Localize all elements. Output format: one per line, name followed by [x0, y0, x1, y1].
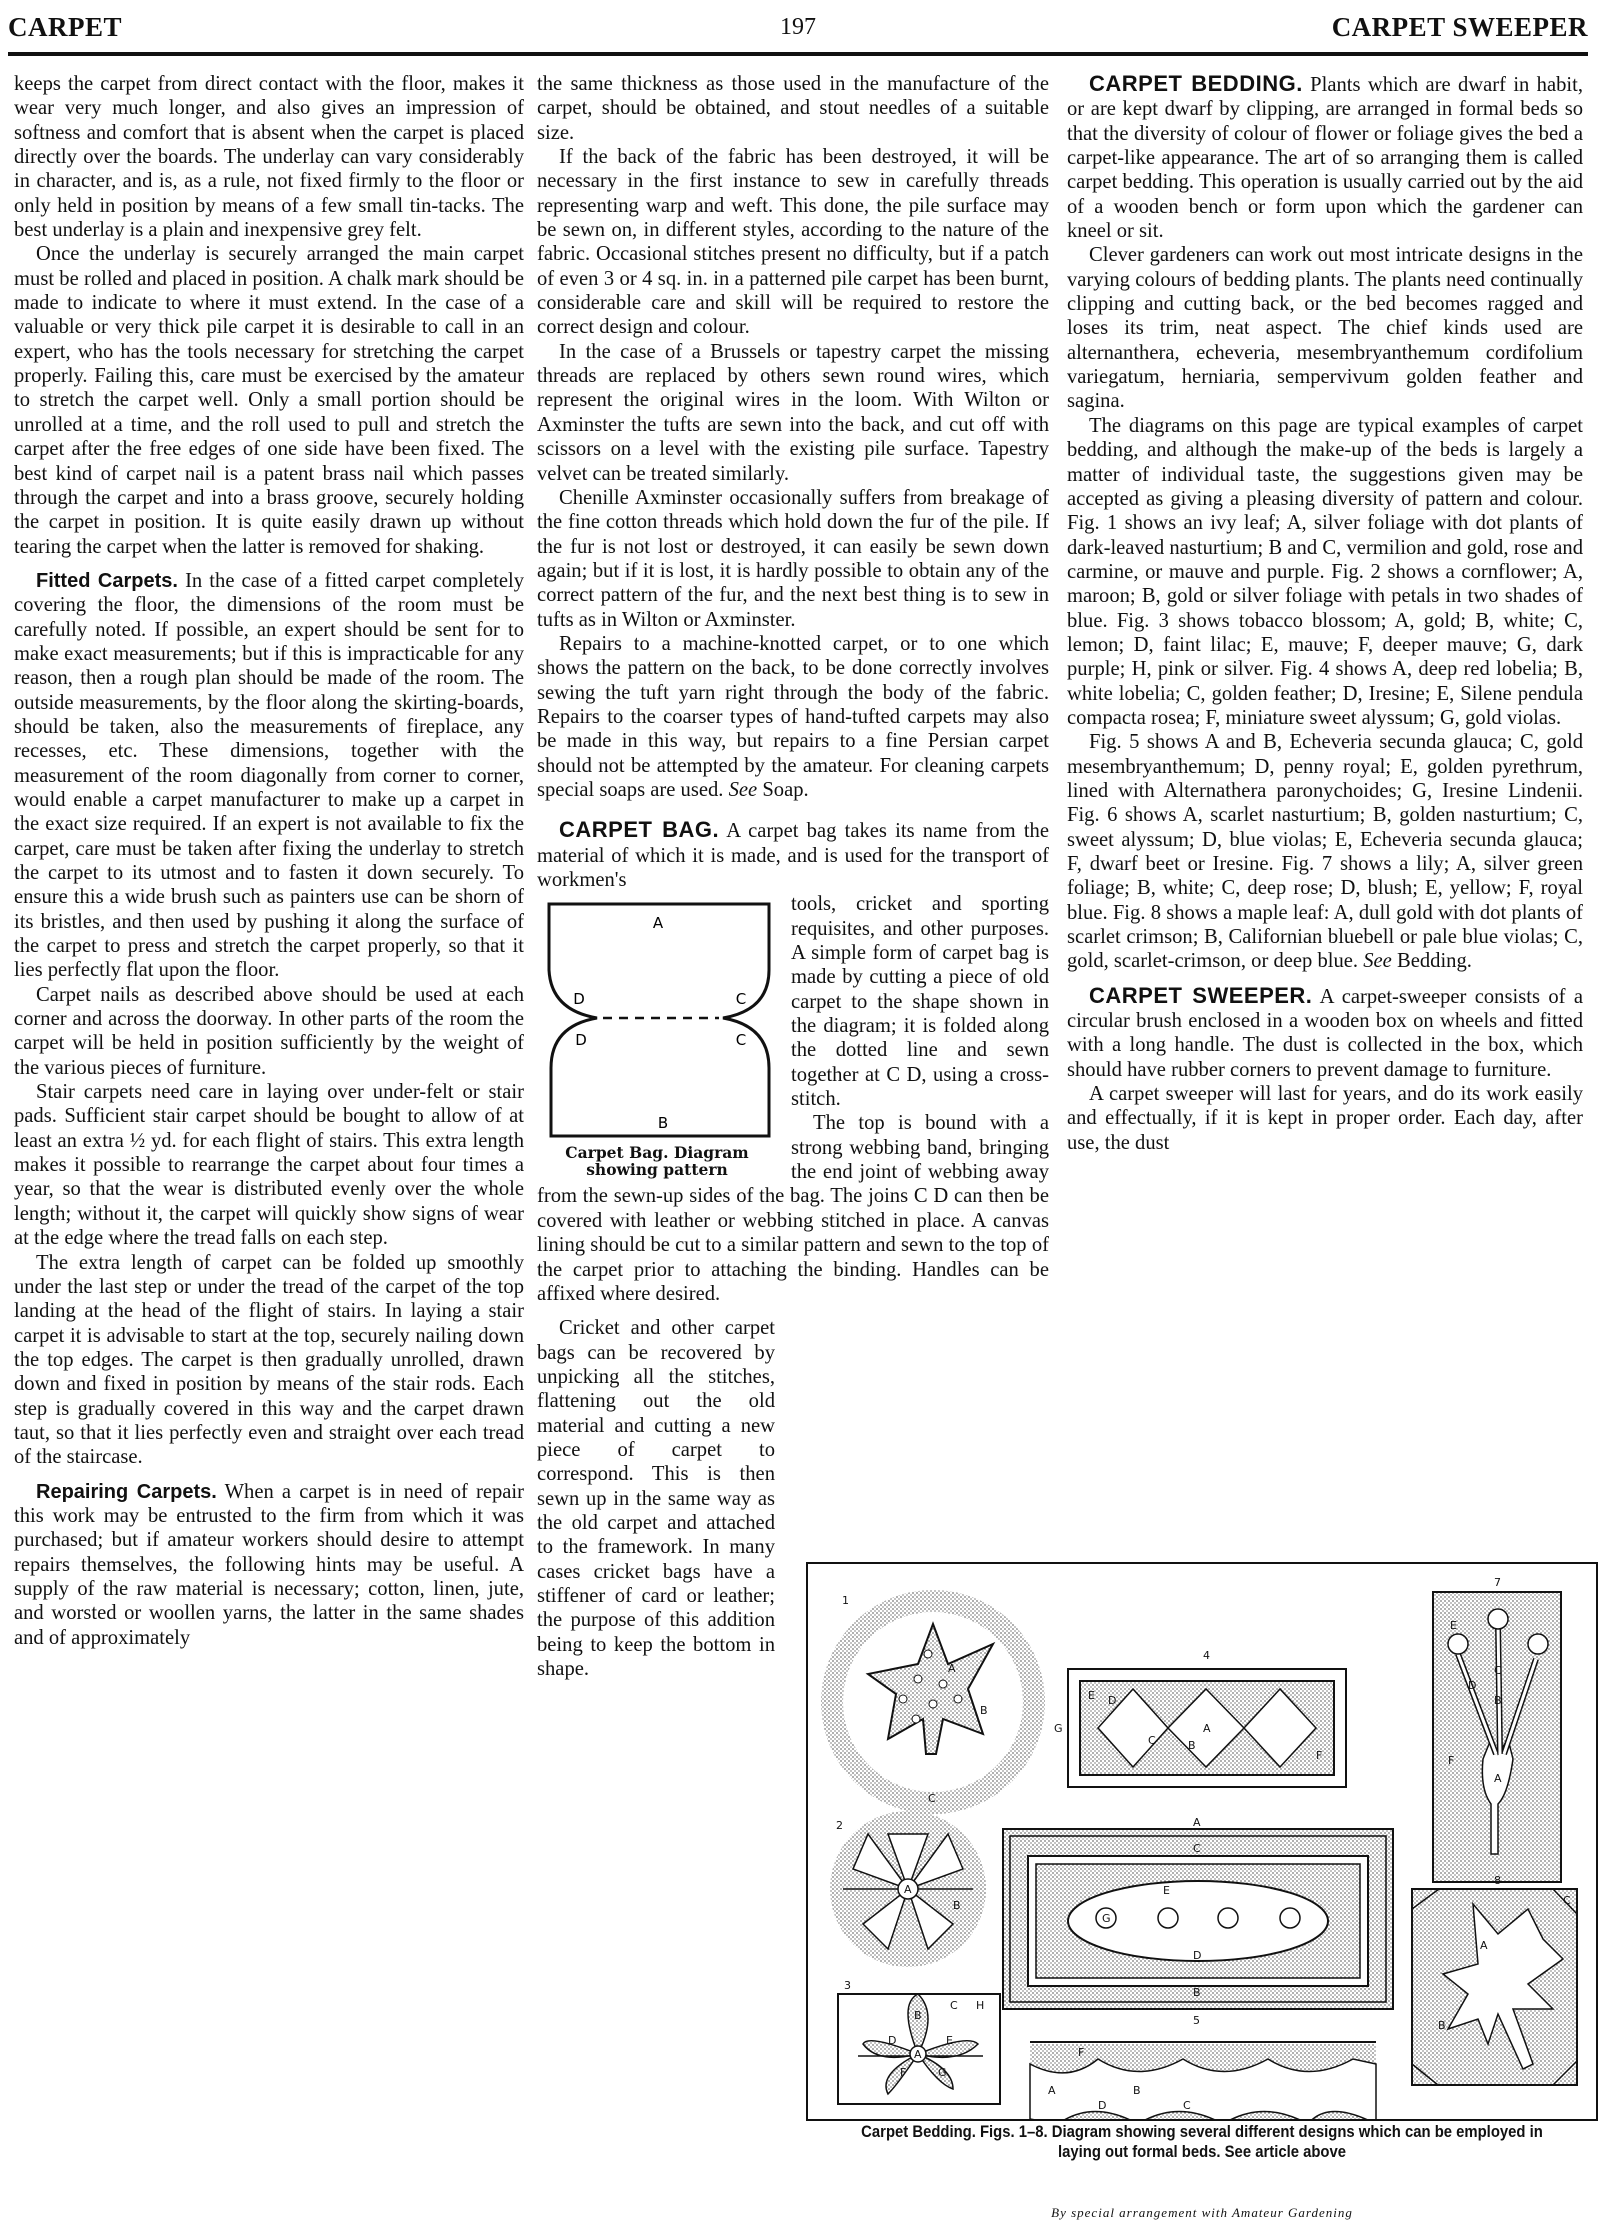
paragraph: The diagrams on this page are typical ex… — [1067, 414, 1583, 730]
label-c-upper: C — [736, 990, 746, 1008]
paragraph: Fig. 5 shows A and B, Echeveria secunda … — [1067, 730, 1583, 973]
fig-4-lobelia-border: 4 A B C D E F G — [1054, 1649, 1346, 1787]
fig-label: C — [928, 1792, 936, 1805]
label-b: B — [658, 1114, 668, 1132]
subheading-repairing-carpets: Repairing Carpets. — [36, 1481, 217, 1503]
column-1: keeps the carpet from direct contact wit… — [14, 72, 524, 1650]
fig-number: 8 — [1494, 1874, 1501, 1887]
fig-number: 7 — [1494, 1576, 1501, 1589]
fig-label: A — [1480, 1939, 1488, 1952]
paragraph: Cricket and other carpet bags can be rec… — [537, 1316, 775, 1681]
fig-label: F — [1316, 1749, 1322, 1762]
fig-label: C — [1183, 2099, 1191, 2112]
entry-carpet-sweeper: CARPET SWEEPER. A carpet-sweeper consist… — [1067, 984, 1583, 1082]
fig-label: C — [1494, 1664, 1502, 1677]
fig-label: F — [1448, 1754, 1454, 1767]
fig-label: B — [1133, 2084, 1141, 2097]
fig-label: C — [1193, 1842, 1201, 1855]
fig-number: 4 — [1203, 1649, 1210, 1662]
fig-label: A — [904, 1883, 912, 1896]
fig-label: A — [1193, 1816, 1201, 1829]
fig-label: A — [1494, 1772, 1502, 1785]
figure-credit: By special arrangement with Amateur Gard… — [806, 2205, 1598, 2221]
fig-label: B — [953, 1899, 961, 1912]
paragraph-text: Repairs to a machine-knotted carpet, or … — [537, 633, 1049, 801]
fig-label: G — [938, 2066, 947, 2079]
fig-label: B — [980, 1704, 988, 1717]
fig-label: E — [1450, 1619, 1457, 1632]
fig-label: G — [1102, 1912, 1111, 1925]
paragraph: If the back of the fabric has been destr… — [537, 145, 1049, 340]
running-head-right: CARPET SWEEPER — [1332, 12, 1588, 43]
header-rule — [8, 52, 1588, 56]
paragraph-text: When a carpet is in need of repair this … — [14, 1481, 524, 1649]
label-a: A — [653, 914, 664, 932]
fig-number: 2 — [836, 1819, 843, 1832]
fig-label: B — [1188, 1739, 1196, 1752]
entry-carpet-bedding: CARPET BEDDING. Plants which are dwarf i… — [1067, 72, 1583, 243]
fig-label: A — [1048, 2084, 1056, 2097]
fig-label: B — [1193, 1986, 1201, 1999]
fig-label: G — [1054, 1722, 1063, 1735]
fig-5-chain-bed: A B C D E G 5 — [1003, 1816, 1393, 2027]
paragraph: keeps the carpet from direct contact wit… — [14, 72, 524, 242]
paragraph: Clever gardeners can work out most intri… — [1067, 243, 1583, 413]
fig-8-maple-leaf: 8 A B C — [1412, 1874, 1577, 2085]
paragraph: A carpet sweeper will last for years, an… — [1067, 1082, 1583, 1155]
fig-2-cornflower: 2 A B — [830, 1811, 986, 1967]
label-c-lower: C — [736, 1031, 746, 1049]
see-also-label: See — [729, 779, 758, 801]
fig-label: F — [1078, 2046, 1084, 2059]
fig-label: E — [1088, 1689, 1095, 1702]
fig-label: B — [1438, 2019, 1446, 2032]
fig-label: A — [914, 2048, 922, 2061]
carpet-bag-caption: Carpet Bag. Diagram showing pattern — [537, 1144, 777, 1178]
fig-label: D — [888, 2034, 896, 2047]
paragraph: Repairs to a machine-knotted carpet, or … — [537, 632, 1049, 802]
fig-1-ivy-leaf: 1 A B C — [821, 1590, 1045, 1814]
carpet-bedding-figure: 1 A B C 2 A B 3 A — [806, 1562, 1598, 2121]
label-d-upper: D — [573, 990, 585, 1008]
fig-label: B — [914, 2009, 922, 2022]
cross-reference-link[interactable]: Bedding. — [1397, 950, 1472, 972]
fig-label: H — [976, 1999, 984, 2012]
fig-label: E — [946, 2034, 953, 2047]
paragraph: The extra length of carpet can be folded… — [14, 1251, 524, 1470]
cross-reference-link[interactable]: Soap. — [762, 779, 808, 801]
carpet-bedding-designs-icon: 1 A B C 2 A B 3 A — [808, 1564, 1596, 2119]
fig-label: A — [948, 1662, 956, 1675]
carpet-bag-pattern-icon: A D C D C B — [543, 900, 771, 1140]
see-also-label: See — [1363, 950, 1392, 972]
narrow-text-block: Cricket and other carpet bags can be rec… — [537, 1316, 775, 1681]
paragraph: Once the underlay is securely arranged t… — [14, 242, 524, 558]
entry-heading-carpet-bedding: CARPET BEDDING. — [1089, 71, 1303, 96]
fig-number: 5 — [1193, 2014, 1200, 2027]
fig-number: 1 — [842, 1594, 849, 1607]
fig-label: F — [900, 2066, 906, 2079]
column-2: the same thickness as those used in the … — [537, 72, 1049, 1681]
column-3: CARPET BEDDING. Plants which are dwarf i… — [1067, 72, 1583, 1155]
fig-label: C — [1148, 1734, 1156, 1747]
fig-label: E — [1163, 1884, 1170, 1897]
paragraph: In the case of a Brussels or tapestry ca… — [537, 340, 1049, 486]
page-header: CARPET 197 CARPET SWEEPER — [8, 8, 1588, 48]
fig-label: A — [1203, 1722, 1211, 1735]
entry-carpet-bag: CARPET BAG. A carpet bag takes its name … — [537, 818, 1049, 892]
label-d-lower: D — [575, 1031, 587, 1049]
carpet-bedding-caption: Carpet Bedding. Figs. 1–8. Diagram showi… — [846, 2122, 1559, 2162]
fig-label: C — [950, 1999, 958, 2012]
entry-heading-carpet-bag: CARPET BAG. — [559, 817, 719, 842]
fig-label: D — [1108, 1694, 1116, 1707]
paragraph-text: Fig. 5 shows A and B, Echeveria secunda … — [1067, 731, 1583, 972]
carpet-bag-diagram: A D C D C B Carpet Bag. Diagram showing … — [537, 900, 777, 1178]
subheading-fitted-carpets: Fitted Carpets. — [36, 570, 178, 592]
fig-7-lily: 7 A B C D E F — [1433, 1576, 1561, 1882]
fig-3-tobacco-blossom: 3 A B C D E F G H — [838, 1979, 1000, 2104]
paragraph: Carpet nails as described above should b… — [14, 983, 524, 1080]
fig-label: B — [1494, 1694, 1502, 1707]
fig-label: C — [1563, 1894, 1571, 1907]
paragraph-fitted-carpets: Fitted Carpets. In the case of a fitted … — [14, 569, 524, 983]
paragraph: Chenille Axminster occasionally suffers … — [537, 486, 1049, 632]
paragraph-text: In the case of a fitted carpet completel… — [14, 570, 524, 982]
caption-line: showing pattern — [537, 1161, 777, 1178]
caption-line: Carpet Bag. Diagram — [537, 1144, 777, 1161]
fig-label: D — [1193, 1949, 1201, 1962]
paragraph: Stair carpets need care in laying over u… — [14, 1080, 524, 1250]
paragraph: the same thickness as those used in the … — [537, 72, 1049, 145]
fig-label: D — [1468, 1679, 1476, 1692]
fig-6-scallop-border: 6 A B C D E F — [1030, 2042, 1376, 2119]
paragraph-repairing-carpets: Repairing Carpets. When a carpet is in n… — [14, 1480, 524, 1650]
fig-number: 3 — [844, 1979, 851, 1992]
fig-label: D — [1098, 2099, 1106, 2112]
entry-heading-carpet-sweeper: CARPET SWEEPER. — [1089, 983, 1312, 1008]
paragraph-text: Plants which are dwarf in habit, or are … — [1067, 74, 1583, 242]
